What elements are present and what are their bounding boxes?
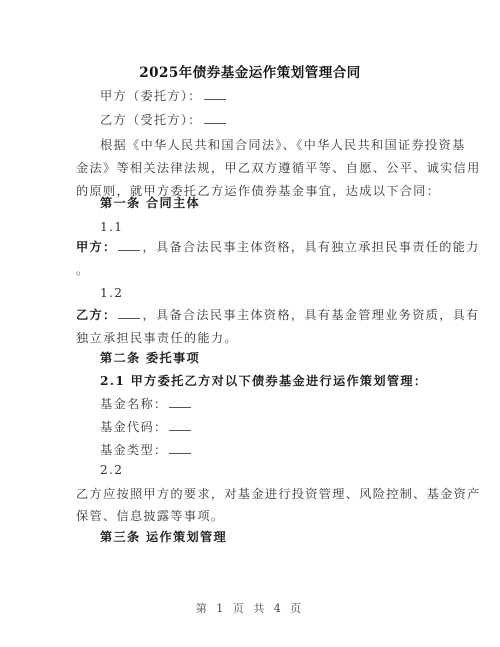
fund-type-field: 基金类型： — [100, 442, 193, 458]
document-title: 2025年债券基金运作策划管理合同 — [0, 61, 500, 81]
party-b-line: 乙方（受托方）： — [100, 112, 228, 128]
fund-code-field: 基金代码： — [100, 419, 193, 435]
fund-code-blank — [169, 420, 191, 431]
fund-name-blank — [169, 397, 191, 408]
section-2-2-line-2: 保管、信息披露等事项。 — [76, 508, 224, 524]
section-1-2-body: ，具备合法民事主体资格，具有基金管理业务资质，具有 — [142, 308, 479, 322]
fund-name-label: 基金名称： — [100, 397, 167, 411]
section-1-1-tail: 。 — [76, 262, 90, 278]
party-a-inline-label: 甲方： — [76, 240, 116, 254]
party-b-label: 乙方（受托方）： — [100, 113, 202, 127]
party-a-line: 甲方（委托方）： — [100, 88, 228, 104]
section-2-2-line-1: 乙方应按照甲方的要求，对基金进行投资管理、风险控制、基金资产 — [76, 486, 481, 502]
party-a-blank — [204, 89, 226, 100]
party-b-blank — [204, 113, 226, 124]
intro-line-2: 金法》等相关法律法规，甲乙双方遵循平等、自愿、公平、诚实信用 — [76, 160, 481, 176]
section-1-2-tail: 独立承担民事责任的能力。 — [76, 330, 238, 346]
section-1-1-number: 1.1 — [100, 219, 123, 235]
section-1-2-number: 1.2 — [100, 285, 123, 301]
section-1-1-text: 甲方：，具备合法民事主体资格，具有独立承担民事责任的能力 — [76, 239, 480, 255]
party-a-label: 甲方（委托方）： — [100, 89, 202, 103]
section-2-2-number: 2.2 — [100, 462, 123, 478]
party-b-inline-blank — [118, 308, 140, 319]
page-footer: 第 1 页 共 4 页 — [0, 600, 500, 616]
section-1-2-text: 乙方：，具备合法民事主体资格，具有基金管理业务资质，具有 — [76, 307, 480, 323]
party-a-inline-blank — [118, 240, 140, 251]
section-1-1-body: ，具备合法民事主体资格，具有独立承担民事责任的能力 — [142, 240, 479, 254]
fund-type-blank — [169, 443, 191, 454]
fund-code-label: 基金代码： — [100, 420, 167, 434]
article1-heading: 第一条 合同主体 — [100, 195, 200, 211]
fund-type-label: 基金类型： — [100, 443, 167, 457]
section-2-1: 2.1 甲方委托乙方对以下债券基金进行运作策划管理： — [100, 373, 427, 389]
fund-name-field: 基金名称： — [100, 396, 193, 412]
article3-heading: 第三条 运作策划管理 — [100, 529, 227, 545]
article2-heading: 第二条 委托事项 — [100, 350, 200, 366]
party-b-inline-label: 乙方： — [76, 308, 116, 322]
intro-line-1: 根据《中华人民共和国合同法》、《中华人民共和国证券投资基 — [100, 137, 465, 153]
